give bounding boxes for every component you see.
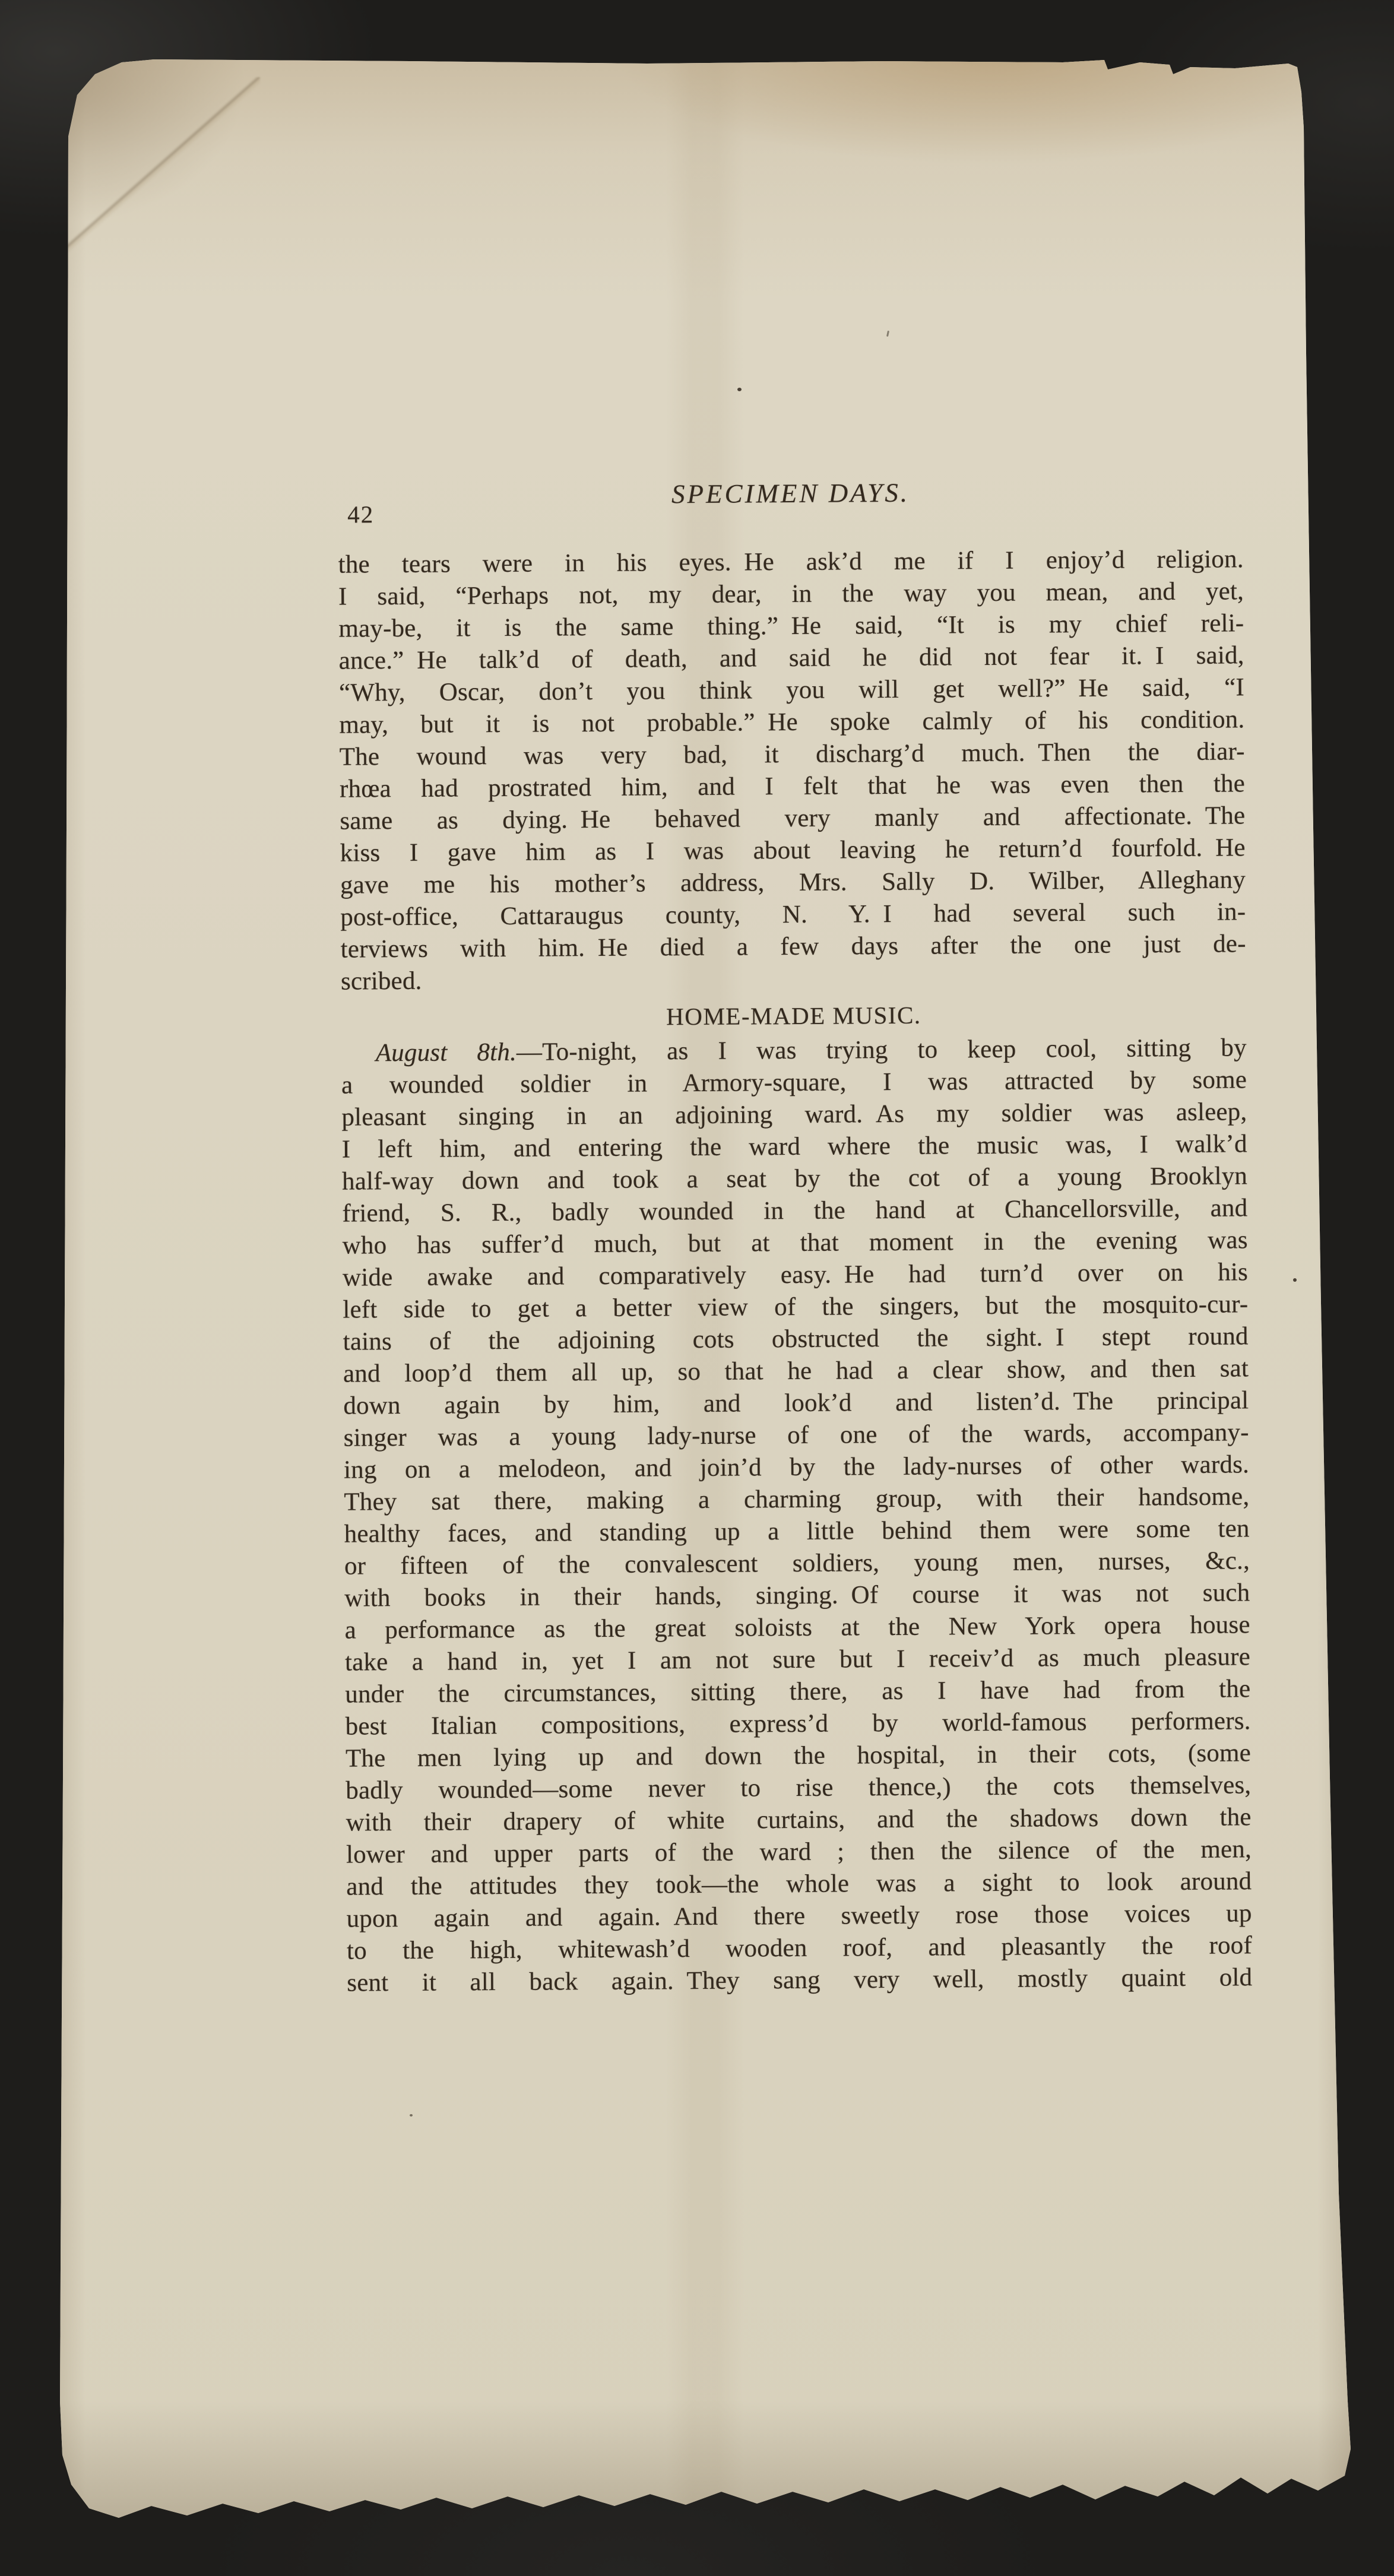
text-line: with books in their hands, singing. Of c…	[344, 1577, 1250, 1614]
text-line: take a hand in, yet I am not sure but I …	[345, 1641, 1250, 1678]
text-line: and loop’d them all up, so that he had a…	[343, 1352, 1249, 1390]
text-line: post-office, Cattaraugus county, N. Y. I…	[340, 896, 1246, 933]
text-line: best Italian compositions, express’d by …	[346, 1705, 1251, 1742]
paragraph-1: the tears were in his eyes. He ask’d me …	[338, 543, 1247, 997]
printed-text-layer: 42 SPECIMEN DAYS. the tears were in his …	[335, 53, 1256, 2526]
text-line: half-way down and took a seat by the cot…	[342, 1160, 1247, 1197]
text-line: may, but it is not probable.” He spoke c…	[339, 704, 1244, 741]
text-line: same as dying. He behaved very manly and…	[340, 800, 1245, 837]
text-line: badly wounded—some never to rise thence,…	[346, 1769, 1251, 1807]
text-line: healthy faces, and standing up a little …	[344, 1513, 1250, 1550]
text-line: terviews with him. He died a few days af…	[341, 928, 1246, 965]
scan-canvas: { "document": { "page_number": "42", "ru…	[0, 0, 1394, 2576]
text-line: a wounded soldier in Armory-square, I wa…	[341, 1064, 1247, 1101]
text-line: who has suffer’d much, but at that momen…	[343, 1224, 1248, 1262]
text-line: may-be, it is the same thing.” He said, …	[338, 607, 1244, 645]
text-line: down again by him, and look’d and listen…	[343, 1384, 1249, 1422]
running-header: SPECIMEN DAYS.	[338, 476, 1243, 511]
text-line: ance.” He talk’d of death, and said he d…	[339, 639, 1244, 677]
text-line: They sat there, making a charming group,…	[344, 1481, 1249, 1518]
section-heading: HOME-MADE MUSIC.	[341, 997, 1246, 1034]
text-line: a performance as the great soloists at t…	[345, 1609, 1250, 1646]
text-line: I said, “Perhaps not, my dear, in the wa…	[338, 575, 1244, 613]
text-line: kiss I gave him as I was about leaving h…	[340, 832, 1246, 869]
text-line: left side to get a better view of the si…	[343, 1288, 1248, 1326]
text-line: friend, S. R., badly wounded in the hand…	[342, 1192, 1247, 1230]
paper-speck	[1293, 1278, 1297, 1282]
text-line: The men lying up and down the hospital, …	[346, 1737, 1251, 1775]
text-line: upon again and again. And there sweetly …	[346, 1897, 1252, 1935]
text-line: the tears were in his eyes. He ask’d me …	[338, 543, 1244, 581]
text-line: gave me his mother’s address, Mrs. Sally…	[340, 864, 1246, 901]
text-line: The wound was very bad, it discharg’d mu…	[340, 736, 1245, 773]
text-line: under the circumstances, sitting there, …	[345, 1673, 1250, 1710]
text-line: tains of the adjoining cots obstructed t…	[343, 1320, 1249, 1358]
text-line: scribed.	[341, 960, 1246, 997]
text-line: I left him, and entering the ward where …	[342, 1128, 1247, 1165]
text-line: to the high, whitewash’d wooden roof, an…	[347, 1929, 1252, 1967]
paragraph-2: August 8th.—To-night, as I was trying to…	[341, 1032, 1253, 1999]
text-line: lower and upper parts of the ward ; then…	[346, 1833, 1252, 1871]
text-line: with their drapery of white curtains, an…	[346, 1801, 1252, 1839]
corner-crease	[58, 77, 260, 255]
text-line: ing on a melodeon, and join’d by the lad…	[344, 1449, 1249, 1486]
text-line: wide awake and comparatively easy. He ha…	[343, 1256, 1248, 1294]
text-line: and the attitudes they took—the whole wa…	[346, 1865, 1252, 1903]
text-line: singer was a young lady-nurse of one of …	[344, 1417, 1249, 1454]
text-line: sent it all back again. They sang very w…	[347, 1962, 1252, 1999]
entry-date: August 8th.	[376, 1038, 517, 1067]
text-line: or fifteen of the convalescent soldiers,…	[344, 1545, 1250, 1582]
text-line: August 8th.—To-night, as I was trying to…	[341, 1032, 1247, 1069]
text-line: pleasant singing in an adjoining ward. A…	[341, 1096, 1247, 1133]
text-line: “Why, Oscar, don’t you think you will ge…	[339, 671, 1244, 709]
book-page-scan: 42 SPECIMEN DAYS. the tears were in his …	[53, 56, 1357, 2523]
text-line: rhœa had prostrated him, and I felt that…	[340, 768, 1245, 805]
